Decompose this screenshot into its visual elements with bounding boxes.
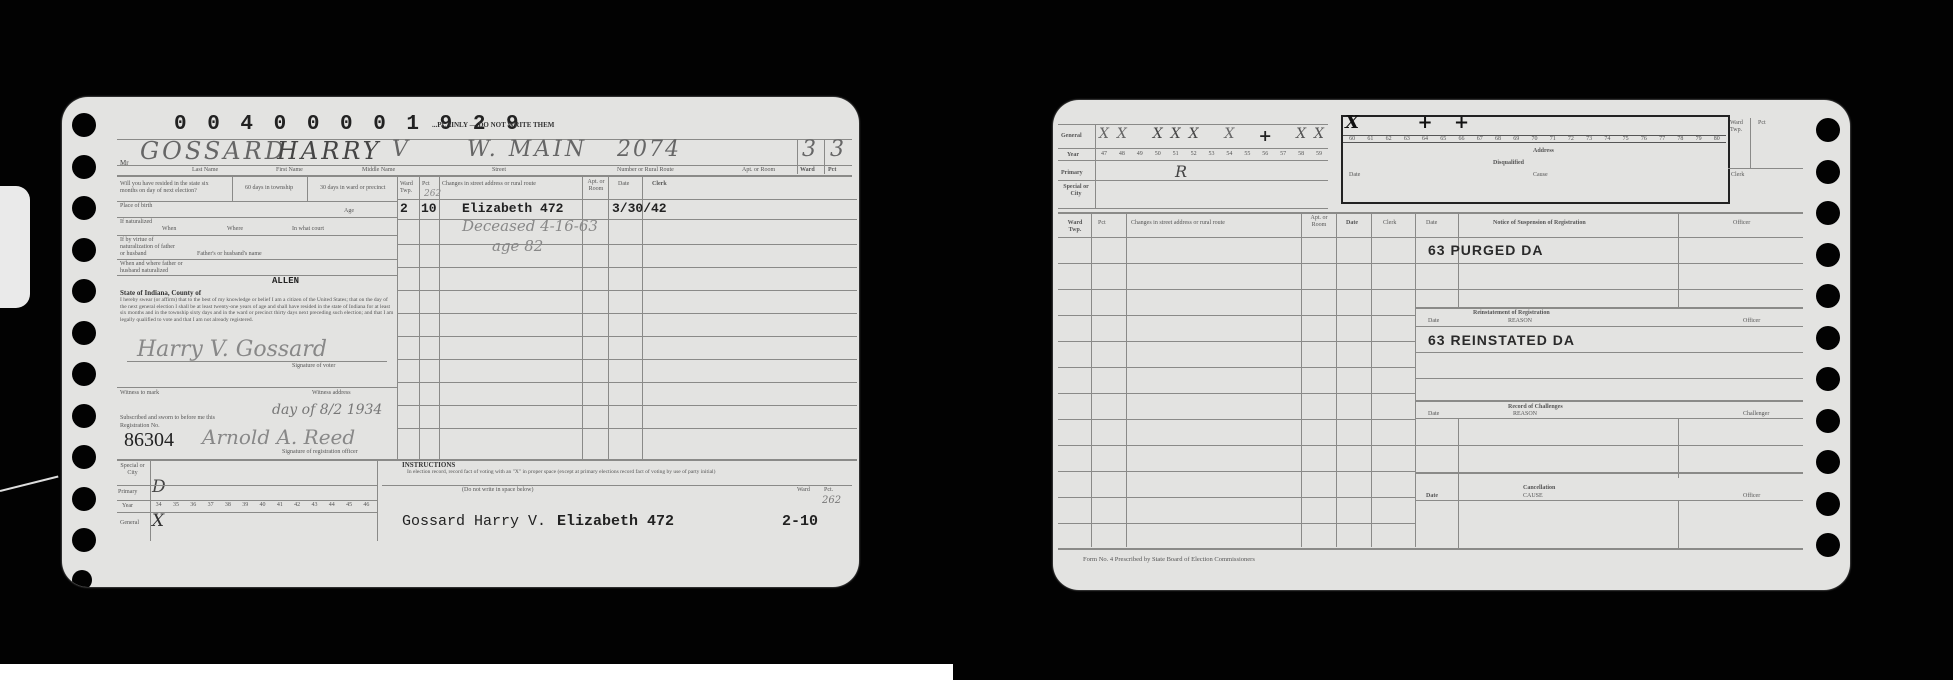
oath-heading: State of Indiana, County of <box>120 289 201 297</box>
punch-hole <box>72 238 96 262</box>
first-name-value: HARRY <box>277 137 382 165</box>
col-changes: Changes in street address or rural route <box>1131 220 1225 227</box>
bottom-pct-note: 262 <box>822 495 841 506</box>
punch-hole <box>72 155 96 179</box>
punch-hole <box>72 362 96 386</box>
challenges-col-challenger: Challenger <box>1743 411 1769 418</box>
punch-hole <box>1816 243 1840 267</box>
challenges-col-reason: REASON <box>1513 411 1537 418</box>
col-apt: Apt. or Room <box>585 179 607 193</box>
scan-artifact-line <box>0 476 58 492</box>
label-address: Address <box>1533 148 1554 155</box>
witness-label: Witness to mark <box>120 390 159 397</box>
pct-value: 3 <box>830 137 844 162</box>
punch-hole <box>1816 409 1840 433</box>
label-first-name: First Name <box>276 167 303 174</box>
q-father-name: Father's or husband's name <box>197 251 262 258</box>
row-label-general: General <box>1061 133 1082 140</box>
label-number: Number or Rural Route <box>617 167 674 174</box>
instructions-title: INSTRUCTIONS <box>402 461 455 469</box>
q-place-of-birth: Place of birth <box>120 203 160 210</box>
label-last-name: Last Name <box>192 167 218 174</box>
registration-number: 86304 <box>124 429 174 452</box>
instructions-text: In election record, record fact of votin… <box>407 469 827 476</box>
table-row: age 82 <box>492 237 543 255</box>
bottom-pct-label: Pct. <box>824 487 833 494</box>
officer-signature: Arnold A. Reed <box>202 425 355 449</box>
label-pct: Pct <box>828 167 836 174</box>
reinstatement-entry: 63 REINSTATED DA <box>1428 332 1575 348</box>
table-row: Deceased 4-16-63 <box>462 217 598 235</box>
col-pct: Pct <box>422 181 430 188</box>
label-street: Street <box>492 167 506 174</box>
q-residence: Will you have resided in the state six m… <box>120 181 220 195</box>
registration-card-front: 0 0 4 0 0 0 0 1 9 2 9 ...PLAINLY — DO NO… <box>62 97 859 587</box>
row-label-special: Special or City <box>1063 184 1089 198</box>
q-township: 60 days in township <box>245 185 305 192</box>
row-label-primary: Primary <box>118 489 137 496</box>
cancellation-col-date: Date <box>1426 493 1438 500</box>
reinstatement-col-officer: Officer <box>1743 318 1760 325</box>
street-value: W. MAIN <box>467 137 587 162</box>
label-clerk-top: Clerk <box>1731 172 1744 179</box>
year-row-right: 60 61 62 63 64 65 66 67 68 69 70 71 72 7… <box>1343 135 1726 143</box>
primary-mark: D <box>152 477 166 497</box>
punch-hole <box>1816 450 1840 474</box>
punch-hole <box>72 196 96 220</box>
punch-hole <box>72 445 96 469</box>
col-pct: Pct <box>1098 220 1106 227</box>
pct-note: 262 <box>424 189 441 199</box>
label-date: Date <box>1349 172 1360 179</box>
q-naturalized: If naturalized <box>120 219 160 226</box>
col-clerk: Clerk <box>652 181 667 188</box>
punch-hole <box>1816 118 1840 142</box>
punch-hole <box>72 487 96 511</box>
row-label-year: Year <box>1067 152 1079 159</box>
punch-hole <box>1816 326 1840 350</box>
row-label-special: Special or City <box>120 463 145 477</box>
q-court: In what court <box>292 226 324 233</box>
cancellation-title: Cancellation <box>1523 485 1555 492</box>
subscribed-date: day of 8/2 1934 <box>272 402 382 418</box>
challenges-col-date: Date <box>1428 411 1439 418</box>
general-mark: X <box>152 511 164 531</box>
primary-mark: R <box>1175 162 1187 181</box>
signature-label: Signature of voter <box>292 363 335 370</box>
punch-hole <box>1816 160 1840 184</box>
punch-hole <box>1816 533 1840 557</box>
typed-name: Gossard Harry V. <box>402 513 546 530</box>
q-age: Age <box>344 208 354 215</box>
q-when: When <box>162 226 176 233</box>
witness-address-label: Witness address <box>312 390 351 397</box>
label-ward-twp: Ward Twp. <box>1730 120 1746 134</box>
col-date: Date <box>618 181 629 188</box>
q-when-where: When and where father or husband natural… <box>120 261 190 275</box>
label-middle-name: Middle Name <box>362 167 395 174</box>
year-row-left: 47 48 49 50 51 52 53 54 55 56 57 58 59 <box>1095 151 1328 157</box>
last-name-value: GOSSARD <box>140 137 287 165</box>
cancellation-col-officer: Officer <box>1743 493 1760 500</box>
punch-hole <box>72 279 96 303</box>
suspension-entry: 63 PURGED DA <box>1428 242 1543 258</box>
punch-hole <box>1816 367 1840 391</box>
middle-name-value: V <box>392 137 408 162</box>
label-pct-top: Pct <box>1758 120 1766 127</box>
q-ward-precinct: 30 days in ward or precinct <box>320 185 390 192</box>
label-ward: Ward <box>800 167 815 174</box>
q-where: Where <box>227 226 243 233</box>
col-apt: Apt. or Room <box>1308 215 1330 229</box>
do-not-write-note: (Do not write in space below) <box>462 487 533 494</box>
challenges-title: Record of Challenges <box>1508 404 1563 411</box>
form-footer: Form No. 4 Prescribed by State Board of … <box>1083 556 1255 563</box>
cancellation-col-cause: CAUSE <box>1523 493 1543 500</box>
typed-ward-pct: 2-10 <box>782 513 818 530</box>
typed-address: Elizabeth 472 <box>557 513 674 530</box>
oath-text: I hereby swear (or affirm) that to the b… <box>120 297 395 323</box>
reinstatement-col-date: Date <box>1428 318 1439 325</box>
scan-edge-tab <box>0 186 30 308</box>
house-number-value: 2074 <box>617 137 681 162</box>
label-cause: Cause <box>1533 172 1548 179</box>
punch-hole <box>72 570 92 587</box>
col-clerk: Clerk <box>1383 220 1396 227</box>
punch-hole <box>72 528 96 552</box>
header-instruction: ...PLAINLY — DO NOT WRITE THEM <box>432 121 554 129</box>
general-marks-left: X X X X X X + X X <box>1095 126 1328 145</box>
reinstatement-col-reason: REASON <box>1508 318 1532 325</box>
punch-hole <box>1816 284 1840 308</box>
suspension-col-date: Date <box>1426 220 1437 227</box>
label-apt: Apt. or Room <box>742 167 775 174</box>
punch-hole <box>72 404 96 428</box>
suspension-col-officer: Officer <box>1733 220 1750 227</box>
label-disqualified: Disqualified <box>1493 160 1524 167</box>
col-ward-twp: Ward Twp. <box>400 181 418 195</box>
scan-margin-strip <box>0 664 953 680</box>
col-changes: Changes in street address or rural route <box>442 181 582 188</box>
officer-label: Signature of registration officer <box>282 449 358 456</box>
reinstatement-title: Reinstatement of Registration <box>1473 310 1550 317</box>
bottom-ward-label: Ward <box>797 487 810 494</box>
county-value: ALLEN <box>272 276 299 286</box>
ward-value: 3 <box>802 137 816 162</box>
punch-hole <box>72 321 96 345</box>
voter-signature: Harry V. Gossard <box>137 337 327 362</box>
suspension-title: Notice of Suspension of Registration <box>1493 220 1586 227</box>
punch-hole <box>1816 492 1840 516</box>
registration-card-back: General Year Primary Special or City 47 … <box>1053 100 1850 590</box>
general-marks-right: X + + <box>1343 112 1726 133</box>
punch-hole <box>72 113 96 137</box>
year-row: 34 35 36 37 38 39 40 41 42 43 44 45 46 <box>150 502 375 508</box>
col-ward-twp: Ward Twp. <box>1061 220 1089 234</box>
q-by-virtue: If by virtue of naturalization of father… <box>120 237 180 258</box>
punch-hole <box>1816 201 1840 225</box>
row-label-year: Year <box>122 503 133 510</box>
col-date: Date <box>1346 220 1358 227</box>
subscribed-text: Subscribed and sworn to before me this <box>120 415 215 422</box>
row-label-primary: Primary <box>1061 170 1083 177</box>
row-label-general: General <box>120 520 139 527</box>
